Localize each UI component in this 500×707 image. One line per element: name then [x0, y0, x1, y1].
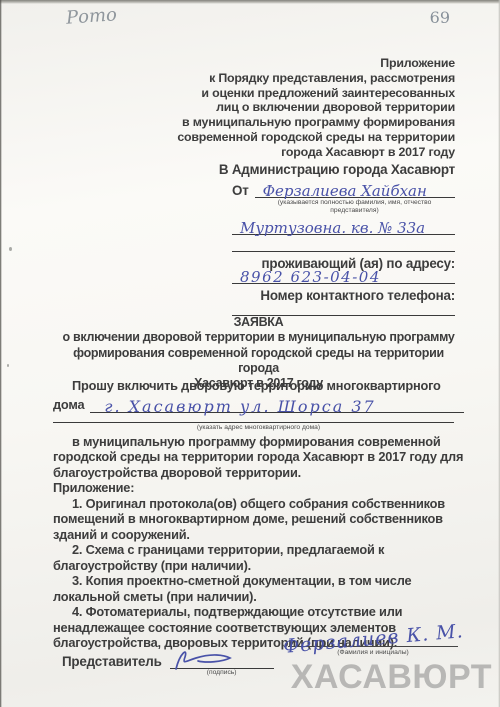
house-address-caption: (указать адрес многоквартирного дома): [53, 424, 464, 432]
addressee-line: В Администрацию города Хасавюрт: [219, 162, 455, 177]
attachments-label: Приложение:: [53, 480, 464, 496]
attachment-item: 2. Схема с границами территории, предлаг…: [53, 542, 464, 573]
request-line: Прошу включить дворовую территорию много…: [53, 378, 464, 394]
document-header: Приложение к Порядку представления, расс…: [177, 56, 455, 160]
scan-edge-left: [0, 0, 2, 707]
house-address-field: дома г. Хасавюрт ул. Шорса 37: [53, 394, 464, 413]
representative-name-field: Ферзалиев К. М. (Фамилия и инициалы): [268, 628, 478, 657]
from-label: От: [232, 183, 249, 198]
signature-line: (подпись): [170, 648, 274, 669]
handwritten-corner-note: Рото: [65, 4, 117, 28]
scan-speck: [9, 247, 12, 251]
handwritten-house-address: г. Хасавюрт ул. Шорса 37: [104, 399, 375, 415]
phone-field-line: 8962 623-04-04: [232, 271, 455, 284]
page-number: 69: [430, 8, 450, 27]
header-line: современной городской среды на территори…: [177, 130, 455, 145]
attachment-item: 1. Оригинал протокола(ов) общего собрани…: [53, 496, 464, 543]
attachment-item: 3. Копия проектно-сметной документации, …: [53, 573, 464, 604]
header-line: и оценки предложений заинтересованных: [177, 86, 455, 101]
city-watermark: ХАСАВЮРТ: [291, 658, 492, 697]
from-field-line2: Муртузовна. кв. № 33а: [232, 215, 455, 235]
scanned-application-page: Рото 69 Приложение к Порядку представлен…: [0, 0, 500, 707]
header-line: города Хасавюрт в 2017 году: [177, 145, 455, 160]
application-subtitle-line: формирования современной городской среды…: [55, 346, 462, 377]
signature-caption: (подпись): [170, 669, 274, 677]
phone-label: Номер контактного телефона:: [232, 288, 455, 303]
scan-edge-top: [0, 0, 500, 4]
header-line: в муниципальную программу формирования: [177, 115, 455, 130]
scan-speck: [7, 364, 9, 367]
from-field-caption: (указывается полностью фамилия, имя, отч…: [232, 199, 455, 215]
program-paragraph: в муниципальную программу формирования с…: [53, 434, 464, 481]
from-field: От Ферзалиева Хайбхан: [232, 180, 455, 198]
house-address-line: г. Хасавюрт ул. Шорса 37: [90, 394, 464, 413]
address-field-line: [232, 235, 455, 252]
handwritten-applicant-name: Ферзалиева Хайбхан: [263, 182, 427, 200]
applicant-fields: От Ферзалиева Хайбхан (указывается полно…: [232, 180, 455, 316]
house-label: дома: [53, 397, 84, 413]
representative-signature-field: Представитель (подпись): [62, 648, 274, 669]
header-line: лиц о включении дворовой территории: [177, 100, 455, 115]
header-line: к Порядку представления, рассмотрения: [177, 71, 455, 86]
application-title: ЗАЯВКА: [55, 315, 462, 330]
application-subtitle-line: о включении дворовой территории в муници…: [55, 330, 462, 345]
header-line: Приложение: [177, 56, 455, 71]
from-field-line: Ферзалиева Хайбхан: [255, 180, 455, 198]
representative-label: Представитель: [62, 654, 162, 669]
handwritten-phone-number: 8962 623-04-04: [240, 268, 381, 286]
application-body: Прошу включить дворовую территорию много…: [53, 378, 464, 651]
